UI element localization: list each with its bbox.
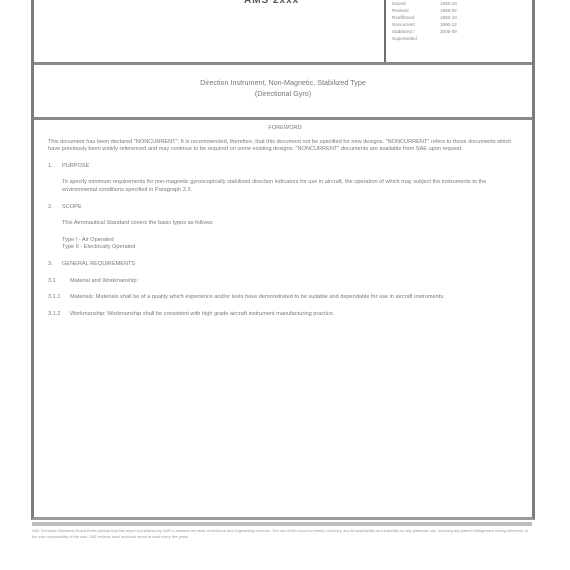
document-title: Direction Instrument, Non-Magnetic, Stab… <box>34 78 532 87</box>
section-1-text: To specify minimum requirements for non-… <box>62 179 522 194</box>
date-value: 1965-02 <box>440 7 457 14</box>
date-value: 1960-10 <box>440 0 457 7</box>
date-label: Issued <box>392 0 440 7</box>
title-block: Direction Instrument, Non-Magnetic, Stab… <box>34 65 532 120</box>
date-value: 1990-12 <box>440 21 457 28</box>
document-frame: AMS 2xxx Issued1960-10Revised1965-02Reaf… <box>31 0 535 520</box>
foreword-text: This document has been declared "NONCURR… <box>48 139 522 154</box>
legal-footer: SAE Technical Standards Board Rules prov… <box>32 522 532 541</box>
date-row: Revised1965-02 <box>386 7 540 14</box>
document-body: FOREWORD This document has been declared… <box>48 125 522 327</box>
date-label: Noncurrent <box>392 21 440 28</box>
subsection: 3.1.2 Workmanship: Workmanship shall be … <box>48 311 522 319</box>
section-1-heading: 1. PURPOSE <box>48 163 522 171</box>
footer-rule <box>32 522 532 526</box>
date-row: Issued1960-10 <box>386 0 540 7</box>
date-value: 2006-09 <box>440 28 457 35</box>
type-list-item: Type II - Electrically Operated <box>62 244 522 252</box>
subsection: 3.1 Material and Workmanship: <box>48 278 522 286</box>
document-header: AMS 2xxx Issued1960-10Revised1965-02Reaf… <box>34 0 532 65</box>
date-value: 1983-10 <box>440 14 457 21</box>
date-label: Stabilized / Superseded <box>392 28 440 35</box>
document-number: AMS 2xxx <box>244 0 299 6</box>
date-label: Reaffirmed <box>392 14 440 21</box>
subsection: 3.1.1 Materials: Materials shall be of a… <box>48 294 522 302</box>
date-row: Stabilized / Superseded2006-09 <box>386 28 540 35</box>
document-subtitle: (Directional Gyro) <box>34 89 532 98</box>
date-row: Reaffirmed1983-10 <box>386 14 540 21</box>
footer-text: SAE Technical Standards Board Rules prov… <box>32 528 532 541</box>
section-3-heading: 3. GENERAL REQUIREMENTS <box>48 261 522 269</box>
type-list-item: Type I - Air Operated <box>62 237 522 245</box>
date-row: Noncurrent1990-12 <box>386 21 540 28</box>
date-label: Revised <box>392 7 440 14</box>
section-2-heading: 2. SCOPE <box>48 204 522 212</box>
revision-dates-box: Issued1960-10Revised1965-02Reaffirmed198… <box>384 0 540 62</box>
section-2-text: This Aeronautical Standard covers the ba… <box>62 220 522 228</box>
foreword-heading: FOREWORD <box>48 125 522 133</box>
